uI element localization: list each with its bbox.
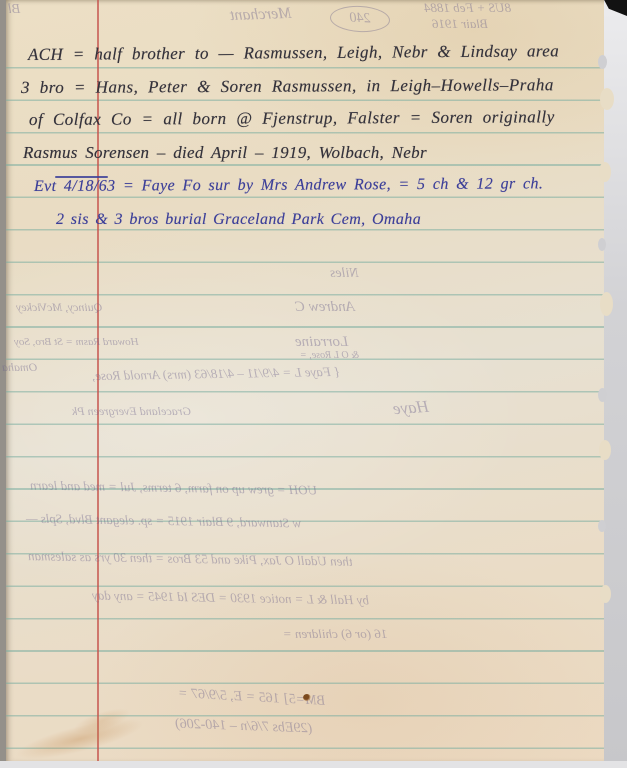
bleedthrough-text: 16 (or 6) children = <box>283 626 387 642</box>
handwritten-line: of Colfax Co = all born @ Fjenstrup, Fal… <box>29 107 555 130</box>
torn-edge-notch <box>598 55 607 69</box>
scanner-edge-right <box>604 0 627 768</box>
bleedthrough-text: Lorraine <box>295 334 348 351</box>
handwritten-line: 3 bro = Hans, Peter & Soren Rasmussen, i… <box>21 75 554 98</box>
scanned-page: Merchant 240 8US + Feb 1884 Blair 1916 B… <box>0 0 627 768</box>
bleedthrough-text: Haye <box>392 397 429 419</box>
torn-edge-notch <box>598 520 606 532</box>
bleedthrough-text: Bl <box>8 2 20 18</box>
handwritten-line: Rasmus Sorensen – died April – 1919, Wol… <box>23 143 427 163</box>
handwritten-line: 2 sis & 3 bros burial Graceland Park Cem… <box>56 211 421 229</box>
bleedthrough-text: Blair 1916 <box>432 16 488 32</box>
handwritten-line: Evt 4/18/63 = Faye Fo sur by Mrs Andrew … <box>34 175 543 196</box>
scanner-edge-bottom <box>0 761 627 768</box>
torn-edge-bump <box>600 88 614 110</box>
bleedthrough-text: Quincy, McVickey <box>16 300 102 315</box>
bleedthrough-text: Andrew C <box>295 299 355 316</box>
bleedthrough-text: Omaha <box>2 360 37 375</box>
bleedthrough-text: Merchant <box>230 5 292 25</box>
torn-edge-bump <box>600 585 611 603</box>
bleedthrough-text: Niles <box>330 266 359 282</box>
bleedthrough-text: 8US + Feb 1884 <box>424 0 511 16</box>
stain-spot <box>303 694 311 701</box>
bleedthrough-text: & O L Rose, = <box>300 350 359 361</box>
handwritten-line: ACH = half brother to — Rasmussen, Leigh… <box>28 41 559 65</box>
bleedthrough-text: Howard Rasm = St Bro, Soy <box>14 336 139 348</box>
torn-edge-bump <box>599 162 611 182</box>
torn-edge-bump <box>599 440 611 460</box>
torn-edge-bump <box>600 292 613 316</box>
torn-edge-notch <box>598 388 607 402</box>
bleedthrough-text: Graceland Evergreen Pk <box>72 404 191 419</box>
torn-edge-notch <box>598 238 606 251</box>
